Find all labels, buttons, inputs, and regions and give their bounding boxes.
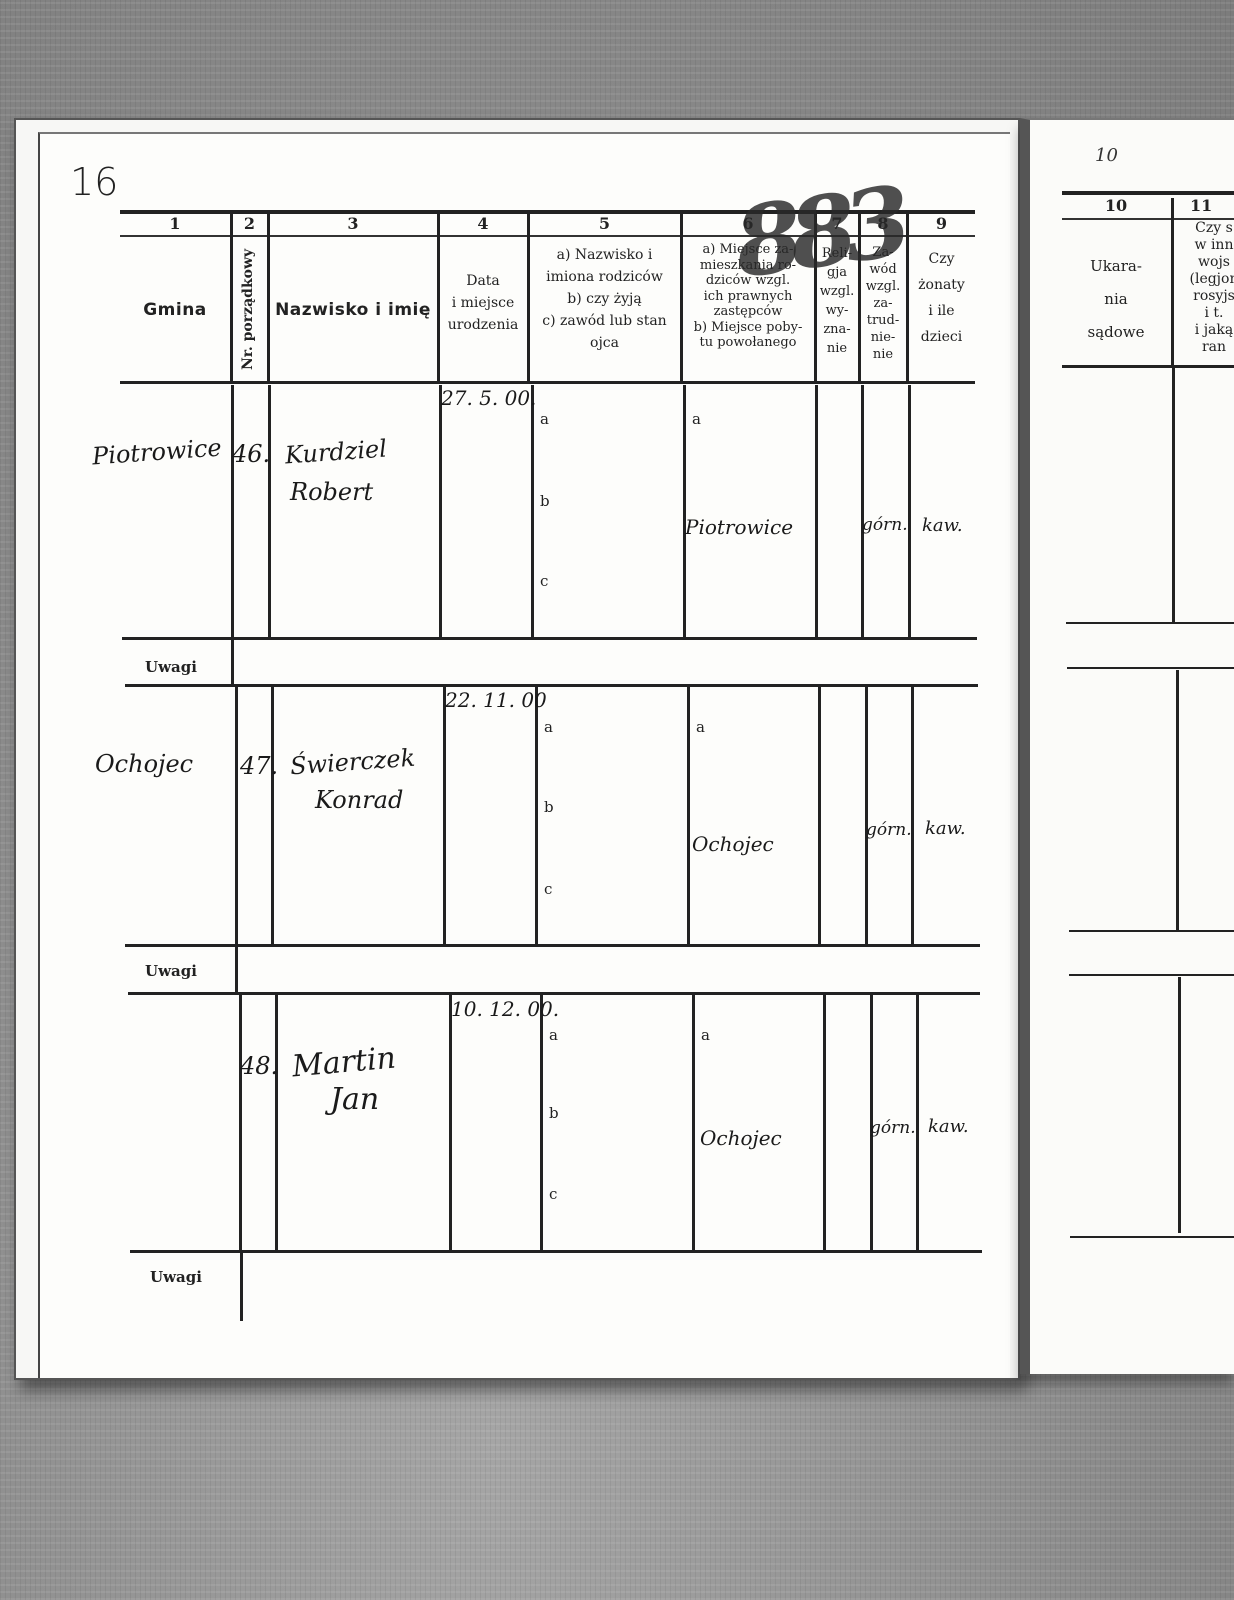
right-header-top-rule [1062,191,1234,195]
remarks-2-bottom-rule [128,992,980,995]
row1-sep-4 [531,385,534,639]
right-page-annotation: 10 [1095,145,1118,166]
col-num-1: 1 [120,214,230,233]
entry-3-birth-date: 10. 12. 00. [451,997,559,1021]
row3-sep-2 [275,995,278,1253]
entry-1-parents-b: b [540,492,550,510]
entry-1-firstname: Robert [290,478,373,506]
right-row3-bottom [1070,1236,1234,1238]
entry-2-nr: 47. [240,752,278,780]
remarks-1-sep [231,640,234,686]
col-num-3: 3 [269,214,437,233]
entry-3-parents-b: b [549,1104,559,1122]
header-sep-2 [267,212,270,382]
row3-sep-8 [916,995,919,1253]
right-row3-sep [1178,977,1181,1233]
right-remarks1-bottom [1067,667,1234,669]
entry-3-firstname: Jan [330,1082,379,1117]
entry-3-parents-c: c [549,1185,557,1203]
row2-sep-7 [865,687,868,945]
col-header-nr: Nr. porządkowy [240,242,256,376]
entry-1-residence-a: a [692,410,701,428]
row2-sep-5 [687,687,690,945]
remarks-label-1: Uwagi [145,658,197,676]
col-header-parents: a) Nazwisko i imiona rodziców b) czy żyj… [529,244,680,354]
entry-1-parents-a: a [540,410,549,428]
row1-sep-8 [908,385,911,639]
col-header-military: Czy s w inn wojs (legjon rosyjs i t. i j… [1174,220,1234,356]
archive-stamp-number: 883 [729,174,905,292]
entry-2-occupation: górn. [866,820,912,840]
entry-3-marital: kaw. [928,1116,969,1137]
row1-sep-3 [439,385,442,639]
row2-sep-4 [535,687,538,945]
row2-sep-8 [911,687,914,945]
entry-2-parents-c: c [544,880,552,898]
entry-2-parents-a: a [544,718,553,736]
row2-sep-2 [271,687,274,945]
remarks-1-value [240,650,970,680]
right-remarks2-bottom [1069,974,1234,976]
entry-3-nr: 48. [240,1052,278,1080]
col-header-birth: Data i miejsce urodzenia [439,270,527,336]
remarks-3-value [250,1262,980,1312]
header-sep-1 [230,212,233,382]
entry-2-residence-a: a [696,718,705,736]
remarks-2-sep [235,947,238,993]
entry-3-occupation: górn. [870,1118,916,1138]
entry-1-birth-date: 27. 5. 00. [441,386,536,410]
row3-sep-6 [823,995,826,1253]
col-header-marital: Czy żonaty i ile dzieci [908,246,975,350]
row1-sep-7 [861,385,864,639]
col-header-convictions: Ukara- nia sądowe [1062,250,1170,349]
col-header-name: Nazwisko i imię [269,300,437,320]
entry-3-residence-a: a [701,1026,710,1044]
col-num-11: 11 [1190,196,1234,215]
entry-1-occupation: górn. [862,515,908,535]
row3-sep-1 [239,995,242,1253]
col-num-4: 4 [439,214,527,233]
right-row1-sep [1172,368,1175,622]
entry-2-firstname: Konrad [315,786,403,814]
entry-1-residence: Piotrowice [685,515,793,539]
row1-sep-6 [815,385,818,639]
remarks-3-sep [240,1253,243,1321]
row2-sep-3 [443,687,446,945]
row1-bottom-rule [122,637,977,640]
remarks-label-2: Uwagi [145,962,197,980]
entry-2-gmina: Ochojec [95,750,193,778]
entry-2-parents-b: b [544,798,554,816]
remarks-1-bottom-rule [125,684,978,687]
remarks-label-3: Uwagi [150,1268,202,1286]
row3-sep-3 [449,995,452,1253]
remarks-2-value [244,955,974,985]
row1-sep-2 [268,385,271,639]
col-header-gmina: Gmina [120,300,230,320]
entry-3-parents-a: a [549,1026,558,1044]
row2-sep-6 [818,687,821,945]
page-number: 16 [70,160,118,204]
entry-1-nr: 46. [232,440,270,468]
col-num-5: 5 [529,214,680,233]
col-num-10: 10 [1062,196,1170,215]
entry-2-birth-date: 22. 11. 00 [445,688,547,712]
row3-sep-5 [692,995,695,1253]
entry-1-parents-c: c [540,572,548,590]
entry-3-residence: Ochojec [700,1126,782,1150]
header-bottom-rule [120,381,975,384]
row3-bottom-rule [130,1250,982,1253]
right-row2-sep [1176,670,1179,930]
entry-2-residence: Ochojec [692,832,774,856]
right-row1-bottom [1066,622,1234,624]
right-row2-bottom [1069,930,1234,932]
row2-sep-1 [235,687,238,945]
entry-1-marital: kaw. [922,515,963,536]
col-num-2: 2 [232,214,267,233]
right-header-bottom-rule [1062,365,1234,368]
row2-bottom-rule [125,944,980,947]
col-num-9: 9 [908,214,975,233]
row1-sep-5 [683,385,686,639]
entry-2-marital: kaw. [925,818,966,839]
row1-sep-1 [231,385,234,639]
row3-sep-4 [540,995,543,1253]
